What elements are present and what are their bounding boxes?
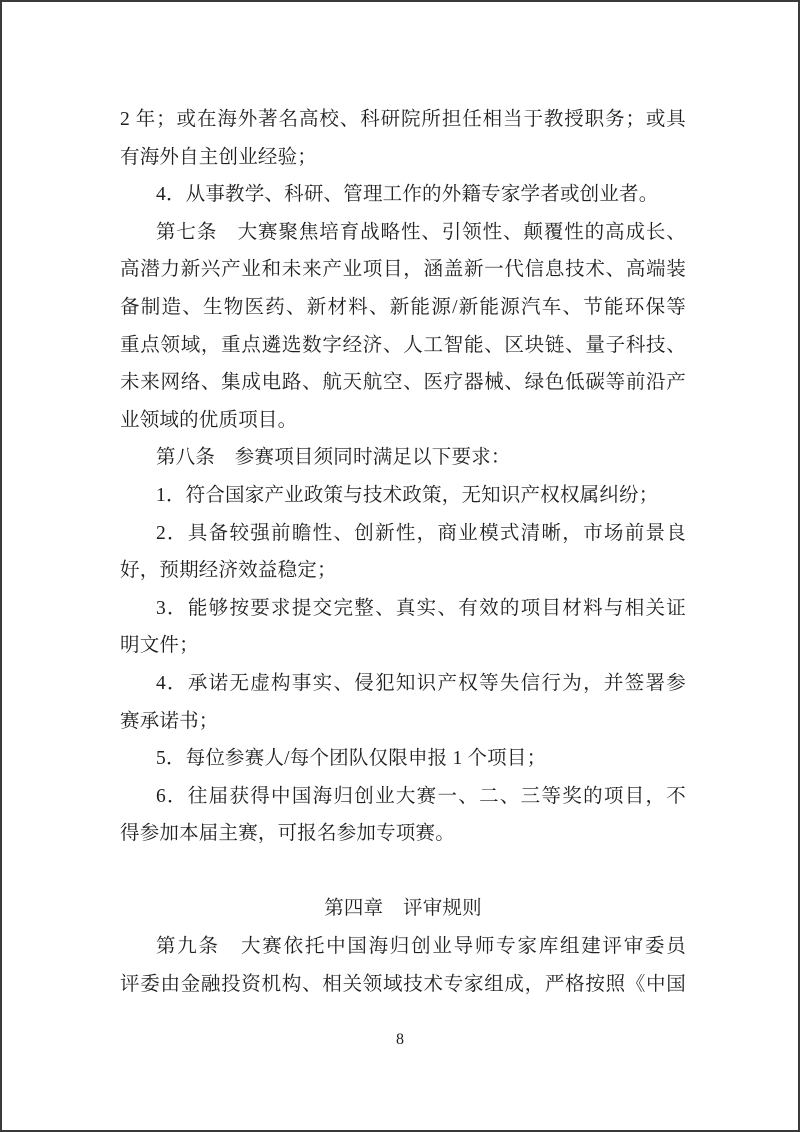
text-line: 有海外自主创业经验； [120,139,686,177]
text-line: 重点领域，重点遴选数字经济、人工智能、区块链、量子科技、 [120,327,686,365]
text-column: 2 年；或在海外著名高校、科研院所担任相当于教授职务；或具 有海外自主创业经验；… [120,101,686,1003]
text-line: 4．承诺无虚构事实、侵犯知识产权等失信行为，并签署参 [120,665,686,703]
text-line: 业领域的优质项目。 [120,402,686,440]
text-line: 2 年；或在海外著名高校、科研院所担任相当于教授职务；或具 [120,101,686,139]
text-line: 得参加本届主赛，可报名参加专项赛。 [120,815,686,853]
page-number: 8 [2,1030,798,1050]
text-line: 明文件； [120,627,686,665]
text-line: 备制造、生物医药、新材料、新能源/新能源汽车、节能环保等 [120,289,686,327]
text-line: 高潜力新兴产业和未来产业项目，涵盖新一代信息技术、高端装 [120,251,686,289]
text-line: 3．能够按要求提交完整、真实、有效的项目材料与相关证 [120,590,686,628]
document-page: 2 年；或在海外著名高校、科研院所担任相当于教授职务；或具 有海外自主创业经验；… [0,0,800,1132]
text-line: 赛承诺书； [120,703,686,741]
text-line: 好，预期经济效益稳定； [120,552,686,590]
text-line: 第九条 大赛依托中国海归创业导师专家库组建评审委员会， [120,928,686,966]
text-line: 4．从事教学、科研、管理工作的外籍专家学者或创业者。 [120,176,686,214]
text-line: 1．符合国家产业政策与技术政策，无知识产权权属纠纷； [120,477,686,515]
text-line: 评委由金融投资机构、相关领域技术专家组成，严格按照《中国 [120,966,686,1004]
text-line: 第七条 大赛聚焦培育战略性、引领性、颠覆性的高成长、 [120,214,686,252]
text-line: 2．具备较强前瞻性、创新性，商业模式清晰，市场前景良 [120,515,686,553]
chapter-heading: 第四章 评审规则 [120,890,686,928]
text-line: 6．往届获得中国海归创业大赛一、二、三等奖的项目，不 [120,778,686,816]
blank-line [120,853,686,891]
text-line: 第八条 参赛项目须同时满足以下要求： [120,439,686,477]
text-line: 未来网络、集成电路、航天航空、医疗器械、绿色低碳等前沿产 [120,364,686,402]
text-line: 5．每位参赛人/每个团队仅限申报 1 个项目； [120,740,686,778]
